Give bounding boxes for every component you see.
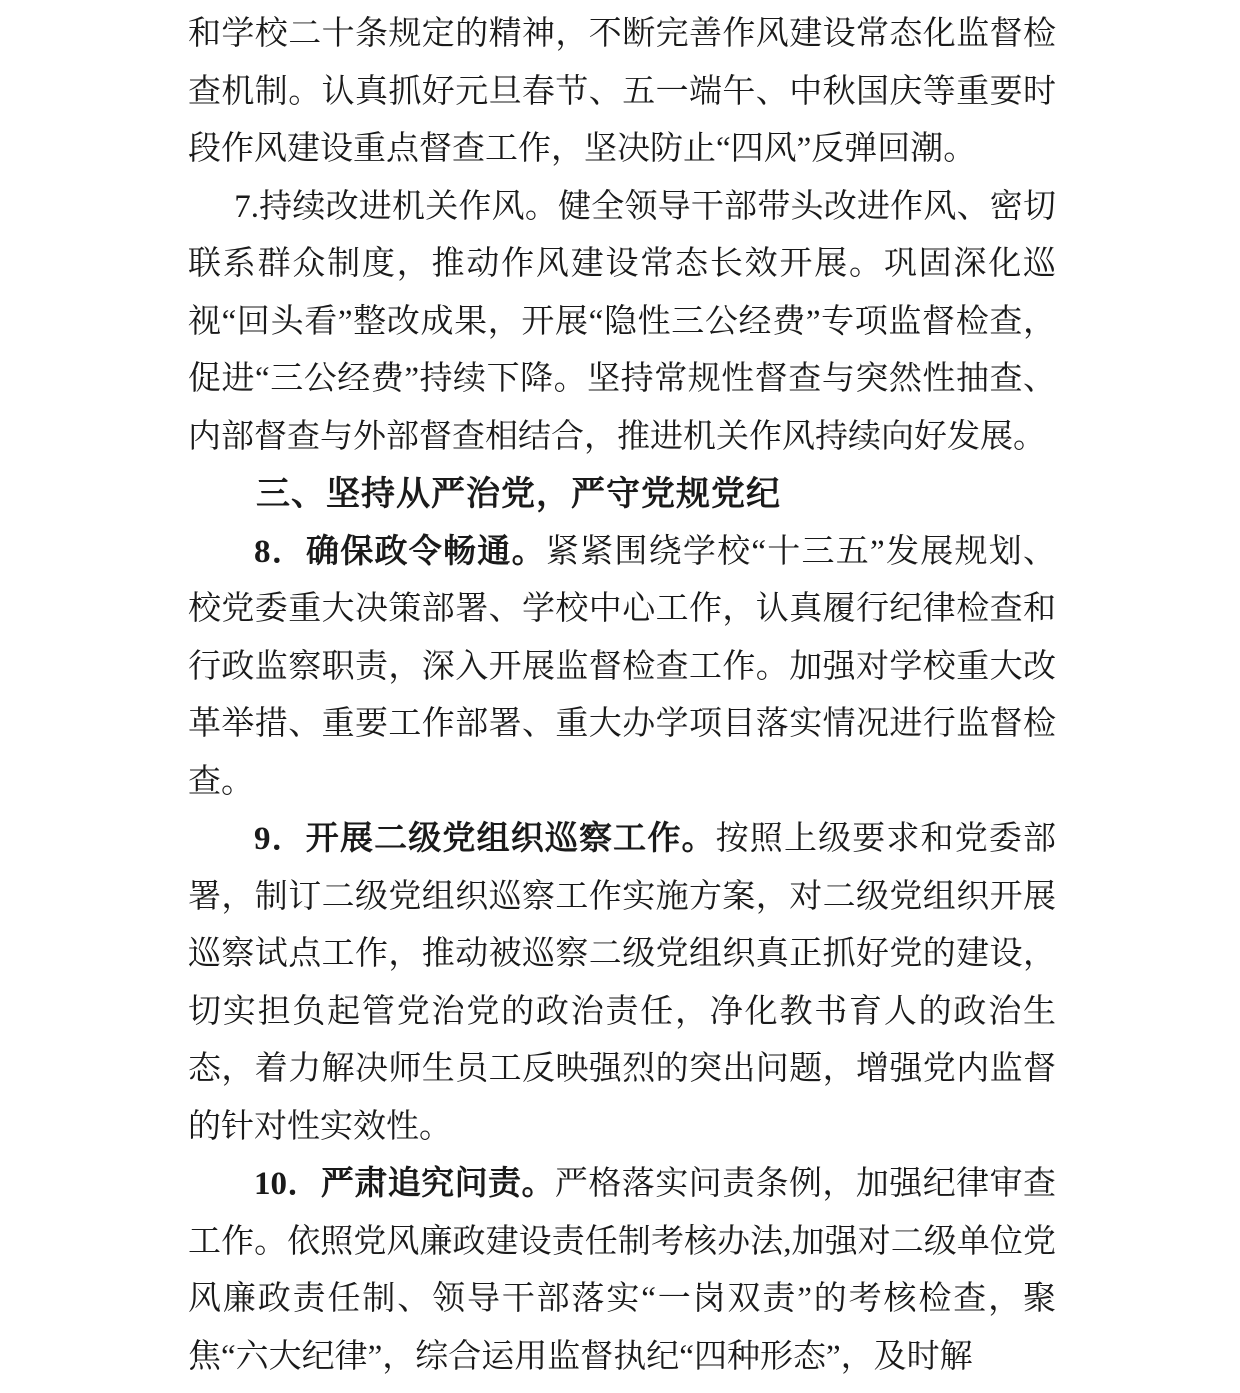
item-9-body: 按照上级要求和党委部署，制订二级党组织巡察工作实施方案，对二级党组织开展巡察试点… — [188, 821, 1056, 1145]
document-page: 和学校二十条规定的精神，不断完善作风建设常态化监督检查机制。认真抓好元旦春节、五… — [0, 0, 1240, 1393]
paragraph-item-9: 9．开展二级党组织巡察工作。按照上级要求和党委部署，制订二级党组织巡察工作实施方… — [188, 811, 1056, 1156]
paragraph-item-7: 7.持续改进机关作风。健全领导干部带头改进作风、密切联系群众制度，推动作风建设常… — [188, 179, 1056, 467]
paragraph-item-8: 8．确保政令畅通。紧紧围绕学校“十三五”发展规划、校党委重大决策部署、学校中心工… — [188, 524, 1056, 812]
item-10-lead: 10．严肃追究问责。 — [254, 1166, 555, 1202]
paragraph-continuation: 和学校二十条规定的精神，不断完善作风建设常态化监督检查机制。认真抓好元旦春节、五… — [188, 6, 1056, 179]
section-heading-3: 三、坚持从严治党，严守党规党纪 — [188, 466, 1056, 524]
item-8-lead: 8．确保政令畅通。 — [254, 534, 546, 570]
item-7-text: 7.持续改进机关作风。健全领导干部带头改进作风、密切联系群众制度，推动作风建设常… — [188, 189, 1056, 455]
paragraph-item-10: 10．严肃追究问责。严格落实问责条例，加强纪律审查工作。依照党风廉政建设责任制考… — [188, 1156, 1056, 1386]
item-9-lead: 9．开展二级党组织巡察工作。 — [254, 821, 716, 857]
paragraph-continuation-text: 和学校二十条规定的精神，不断完善作风建设常态化监督检查机制。认真抓好元旦春节、五… — [188, 16, 1056, 167]
item-8-body: 紧紧围绕学校“十三五”发展规划、校党委重大决策部署、学校中心工作，认真履行纪律检… — [188, 534, 1056, 800]
document-body: 和学校二十条规定的精神，不断完善作风建设常态化监督检查机制。认真抓好元旦春节、五… — [188, 6, 1056, 1386]
